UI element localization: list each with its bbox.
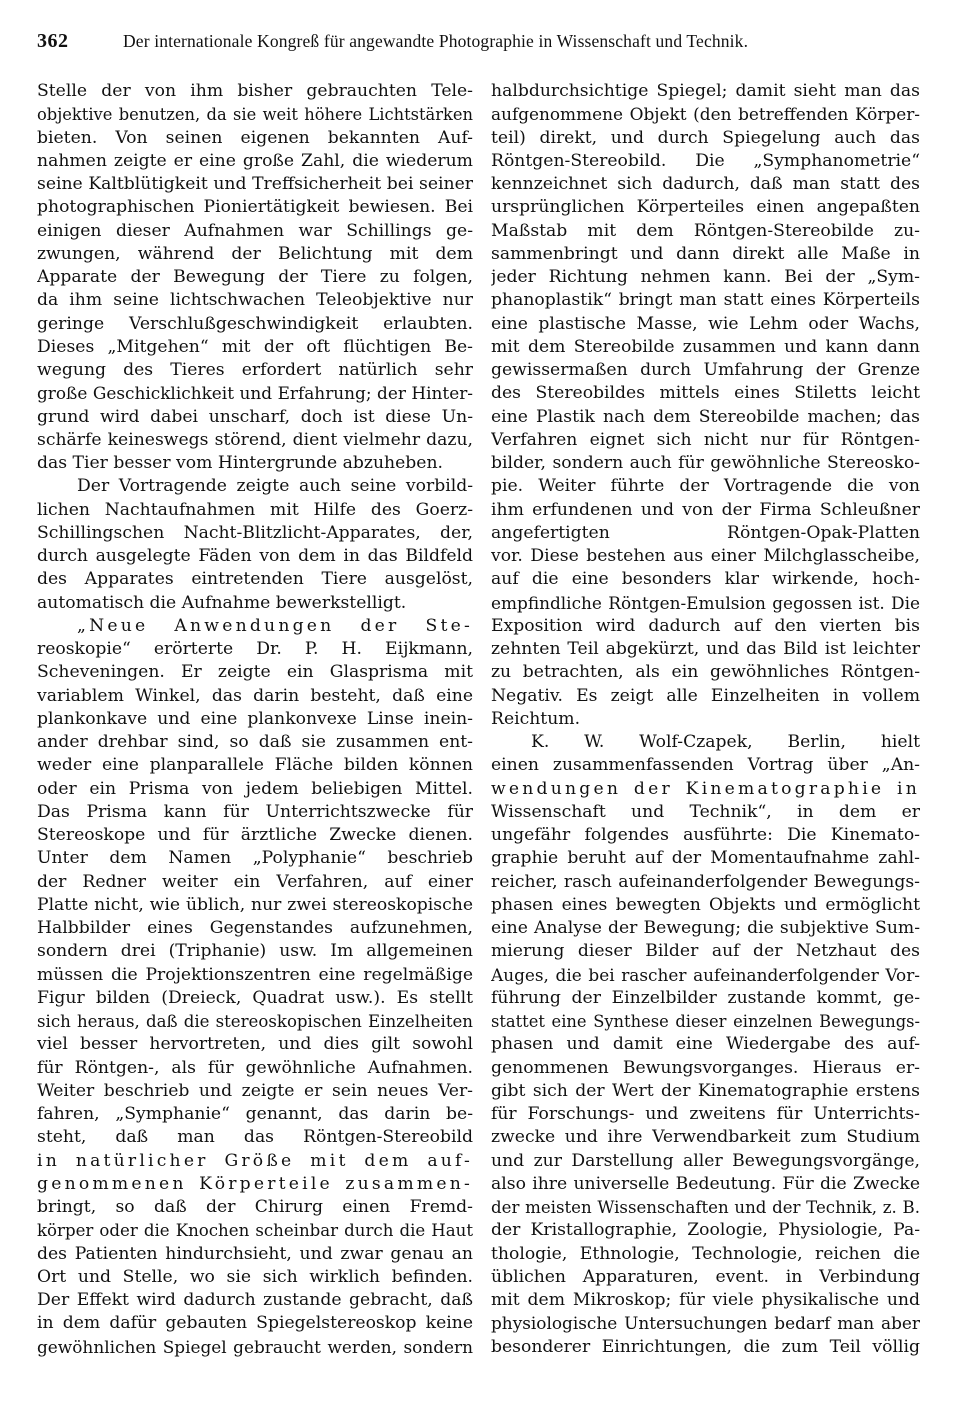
- text-line: ihm erfundenen und von der Firma Schleuß…: [491, 499, 920, 522]
- text-line: einen zusammenfassenden Vortrag über „An…: [491, 754, 920, 777]
- text-line: genommenen Bewungsvorganges. Hieraus er-: [491, 1057, 920, 1080]
- text-line: in natürlicher Größe mit dem auf-: [37, 1150, 473, 1173]
- text-line: jeder Richtung nehmen kann. Bei der „Sym…: [491, 266, 920, 289]
- text-line: Apparate der Bewegung der Tiere zu folge…: [37, 266, 473, 289]
- text-line: K. W. Wolf-Czapek, Berlin, hielt: [491, 731, 920, 754]
- text-line: sondern drei (Triphanie) usw. Im allgeme…: [37, 940, 473, 963]
- text-line: Negativ. Es zeigt alle Einzelheiten in v…: [491, 685, 920, 708]
- text-line: eine Analyse der Bewegung; die subjektiv…: [491, 917, 920, 940]
- text-line: gewöhnlichen Spiegel gebraucht werden, s…: [37, 1336, 473, 1359]
- text-line: angefertigten Röntgen-Opak-Platten: [491, 522, 920, 545]
- text-line: Halbbilder eines Gegenstandes aufzunehme…: [37, 917, 473, 940]
- text-line: plankonkave und eine plankonvexe Linse i…: [37, 708, 473, 731]
- text-line: durch ausgelegte Fäden von dem in das Bi…: [37, 545, 473, 568]
- text-line: Unter dem Namen „Polyphanie“ beschrieb: [37, 847, 473, 870]
- text-line: phanoplastik“ bringt man statt eines Kör…: [491, 289, 920, 312]
- text-line: steht, daß man das Röntgen-Stereobild: [37, 1126, 473, 1149]
- text-line: also ihre universelle Bedeutung. Für die…: [491, 1173, 920, 1196]
- text-line: ander drehbar sind, so daß sie zusammen …: [37, 731, 473, 754]
- text-line: des Apparates eintretenden Tiere ausgelö…: [37, 568, 473, 591]
- text-line: für Röntgen-, als für gewöhnliche Aufnah…: [37, 1057, 473, 1080]
- text-line: zwecke und ihre Verwendbarkeit zum Studi…: [491, 1126, 920, 1149]
- text-line: Exposition wird dadurch auf den vierten …: [491, 615, 920, 638]
- text-line: weder eine planparallele Fläche bilden k…: [37, 754, 473, 777]
- text-line: auf die eine besonders klar wirkende, ho…: [491, 568, 920, 591]
- right-column: halbdurchsichtige Spiegel; damit sieht m…: [491, 80, 920, 1359]
- text-line: große Geschicklichkeit und Erfahrung; de…: [37, 382, 473, 405]
- text-line: automatisch die Aufnahme bewerkstelligt.: [37, 592, 473, 615]
- text-line: Ort und Stelle, wo sie sich wirklich bef…: [37, 1266, 473, 1289]
- text-line: reicher, rasch aufeinanderfolgender Bewe…: [491, 871, 920, 894]
- text-line: üblichen Apparaturen, event. in Verbindu…: [491, 1266, 920, 1289]
- text-line: variablem Winkel, das darin besteht, daß…: [37, 685, 473, 708]
- text-line: geringe Verschlußgeschwindigkeit erlaubt…: [37, 313, 473, 336]
- text-line: der Redner weiter ein Verfahren, auf ein…: [37, 871, 473, 894]
- text-line: seine Kaltblütigkeit und Treffsicherheit…: [37, 173, 473, 196]
- text-line: zehnten Teil abgekürzt, und das Bild ist…: [491, 638, 920, 661]
- text-line: oder ein Prisma von jedem beliebigen Mit…: [37, 778, 473, 801]
- text-line: mierung dieser Bilder auf der Netzhaut d…: [491, 940, 920, 963]
- text-line: „Neue Anwendungen der Ste-: [37, 615, 473, 638]
- text-line: Schillingschen Nacht-Blitzlicht-Apparate…: [37, 522, 473, 545]
- text-line: viel besser hervortreten, und dies gilt …: [37, 1033, 473, 1056]
- text-line: eine Plastik nach dem Stereobilde machen…: [491, 406, 920, 429]
- text-line: sammenbringt und dann direkt alle Maße i…: [491, 243, 920, 266]
- text-line: kennzeichnet sich dadurch, daß man statt…: [491, 173, 920, 196]
- text-line: grund wird dabei unscharf, doch ist dies…: [37, 406, 473, 429]
- text-line: ursprünglichen Körperteiles einen angepa…: [491, 196, 920, 219]
- text-line: Verfahren eignet sich nicht nur für Rönt…: [491, 429, 920, 452]
- text-line: besonderer Einrichtungen, die zum Teil v…: [491, 1336, 920, 1359]
- text-line: ungefähr folgendes ausführte: Die Kinema…: [491, 824, 920, 847]
- text-line: einigen dieser Aufnahmen war Schillings …: [37, 220, 473, 243]
- text-line: Platte nicht, wie üblich, nur zwei stere…: [37, 894, 473, 917]
- text-line: mit dem Stereobilde zusammen und kann da…: [491, 336, 920, 359]
- text-line: Maßstab mit dem Röntgen-Stereobilde zu-: [491, 220, 920, 243]
- text-line: reoskopie“ erörterte Dr. P. H. Eijkmann,: [37, 638, 473, 661]
- text-line: der meisten Wissenschaften und der Techn…: [491, 1196, 920, 1219]
- text-line: halbdurchsichtige Spiegel; damit sieht m…: [491, 80, 920, 103]
- text-line: das Tier besser vom Hintergrunde abzuheb…: [37, 452, 473, 475]
- text-line: Weiter beschrieb und zeigte er sein neue…: [37, 1080, 473, 1103]
- text-line: führung der Einzelbilder zustande kommt,…: [491, 987, 920, 1010]
- text-line: photographischen Pioniertätigkeit bewies…: [37, 196, 473, 219]
- text-line: der Kristallographie, Zoologie, Physiolo…: [491, 1219, 920, 1242]
- text-line: Der Vortragende zeigte auch seine vorbil…: [37, 475, 473, 498]
- text-line: objektive benutzen, da sie weit höhere L…: [37, 103, 473, 126]
- text-line: Figur bilden (Dreieck, Quadrat usw.). Es…: [37, 987, 473, 1010]
- left-column: Stelle der von ihm bisher gebrauchten Te…: [37, 80, 473, 1359]
- text-line: pie. Weiter führte der Vortragende die v…: [491, 475, 920, 498]
- text-line: zwungen, während der Belichtung mit dem: [37, 243, 473, 266]
- text-line: phasen eines bewegten Objekts und ermögl…: [491, 894, 920, 917]
- text-line: phasen und damit eine Wiedergabe des auf…: [491, 1033, 920, 1056]
- text-line: da ihm seine lichtschwachen Teleobjektiv…: [37, 289, 473, 312]
- text-line: Stelle der von ihm bisher gebrauchten Te…: [37, 80, 473, 103]
- text-line: und zur Darstellung aller Bewegungsvorgä…: [491, 1150, 920, 1173]
- text-line: schärfe keineswegs störend, dient vielme…: [37, 429, 473, 452]
- text-line: Wissenschaft und Technik“, in dem er: [491, 801, 920, 824]
- text-line: physiologische Untersuchungen bedarf man…: [491, 1312, 920, 1335]
- text-line: Stereoskope und für ärztliche Zwecke die…: [37, 824, 473, 847]
- text-line: eine plastische Masse, wie Lehm oder Wac…: [491, 313, 920, 336]
- text-line: graphie beruht auf der Momentaufnahme za…: [491, 847, 920, 870]
- text-line: wendungen der Kinematographie in: [491, 778, 920, 801]
- text-line: gewissermaßen durch Umfahrung der Grenze: [491, 359, 920, 382]
- text-line: Scheveningen. Er zeigte ein Glasprisma m…: [37, 661, 473, 684]
- text-line: bilder, sondern auch für gewöhnliche Ste…: [491, 452, 920, 475]
- text-line: körper oder die Knochen scheinbar durch …: [37, 1219, 473, 1242]
- text-line: teil) direkt, und durch Spiegelung auch …: [491, 127, 920, 150]
- text-line: lichen Nachtaufnahmen mit Hilfe des Goer…: [37, 499, 473, 522]
- text-line: mit dem Mikroskop; für viele physikalisc…: [491, 1289, 920, 1312]
- text-line: thologie, Ethnologie, Technologie, reich…: [491, 1243, 920, 1266]
- text-line: in dem dafür gebauten Spiegelstereoskop …: [37, 1312, 473, 1335]
- text-line: nahmen zeigte er eine große Zahl, die wi…: [37, 150, 473, 173]
- text-line: Das Prisma kann für Unterrichtszwecke fü…: [37, 801, 473, 824]
- text-line: Röntgen-Stereobild. Die „Symphanometrie“: [491, 150, 920, 173]
- text-line: aufgenommene Objekt (den betreffenden Kö…: [491, 103, 920, 126]
- text-line: Der Effekt wird dadurch zustande gebrach…: [37, 1289, 473, 1312]
- text-line: Dieses „Mitgehen“ mit der oft flüchtigen…: [37, 336, 473, 359]
- page-number: 362: [37, 30, 123, 53]
- text-line: sich heraus, daß die stereoskopischen Ei…: [37, 1010, 473, 1033]
- text-line: bringt, so daß der Chirurg einen Fremd-: [37, 1196, 473, 1219]
- text-line: stattet eine Synthese dieser einzelnen B…: [491, 1010, 920, 1033]
- text-line: des Patienten hindurchsieht, und zwar ge…: [37, 1243, 473, 1266]
- text-line: zu betrachten, als ein gewöhnliches Rönt…: [491, 661, 920, 684]
- text-line: fahren, „Symphanie“ genannt, das darin b…: [37, 1103, 473, 1126]
- text-line: wegung des Tieres erfordert natürlich se…: [37, 359, 473, 382]
- text-line: bieten. Von seinen eigenen bekannten Auf…: [37, 127, 473, 150]
- text-line: für Forschungs- und zweitens für Unterri…: [491, 1103, 920, 1126]
- running-title: Der internationale Kongreß für angewandt…: [123, 31, 748, 52]
- text-line: genommenen Körperteile zusammen-: [37, 1173, 473, 1196]
- page-header: 362 Der internationale Kongreß für angew…: [37, 30, 837, 54]
- text-line: des Stereobildes mittels eines Stiletts …: [491, 382, 920, 405]
- text-line: Auges, die bei rascher aufeinanderfolgen…: [491, 964, 920, 987]
- text-line: müssen die Projektionszentren eine regel…: [37, 964, 473, 987]
- text-line: empfindliche Röntgen-Emulsion gegossen i…: [491, 592, 920, 615]
- text-line: vor. Diese bestehen aus einer Milchglass…: [491, 545, 920, 568]
- text-line: gibt sich der Wert der Kinematographie e…: [491, 1080, 920, 1103]
- text-line: Reichtum.: [491, 708, 920, 731]
